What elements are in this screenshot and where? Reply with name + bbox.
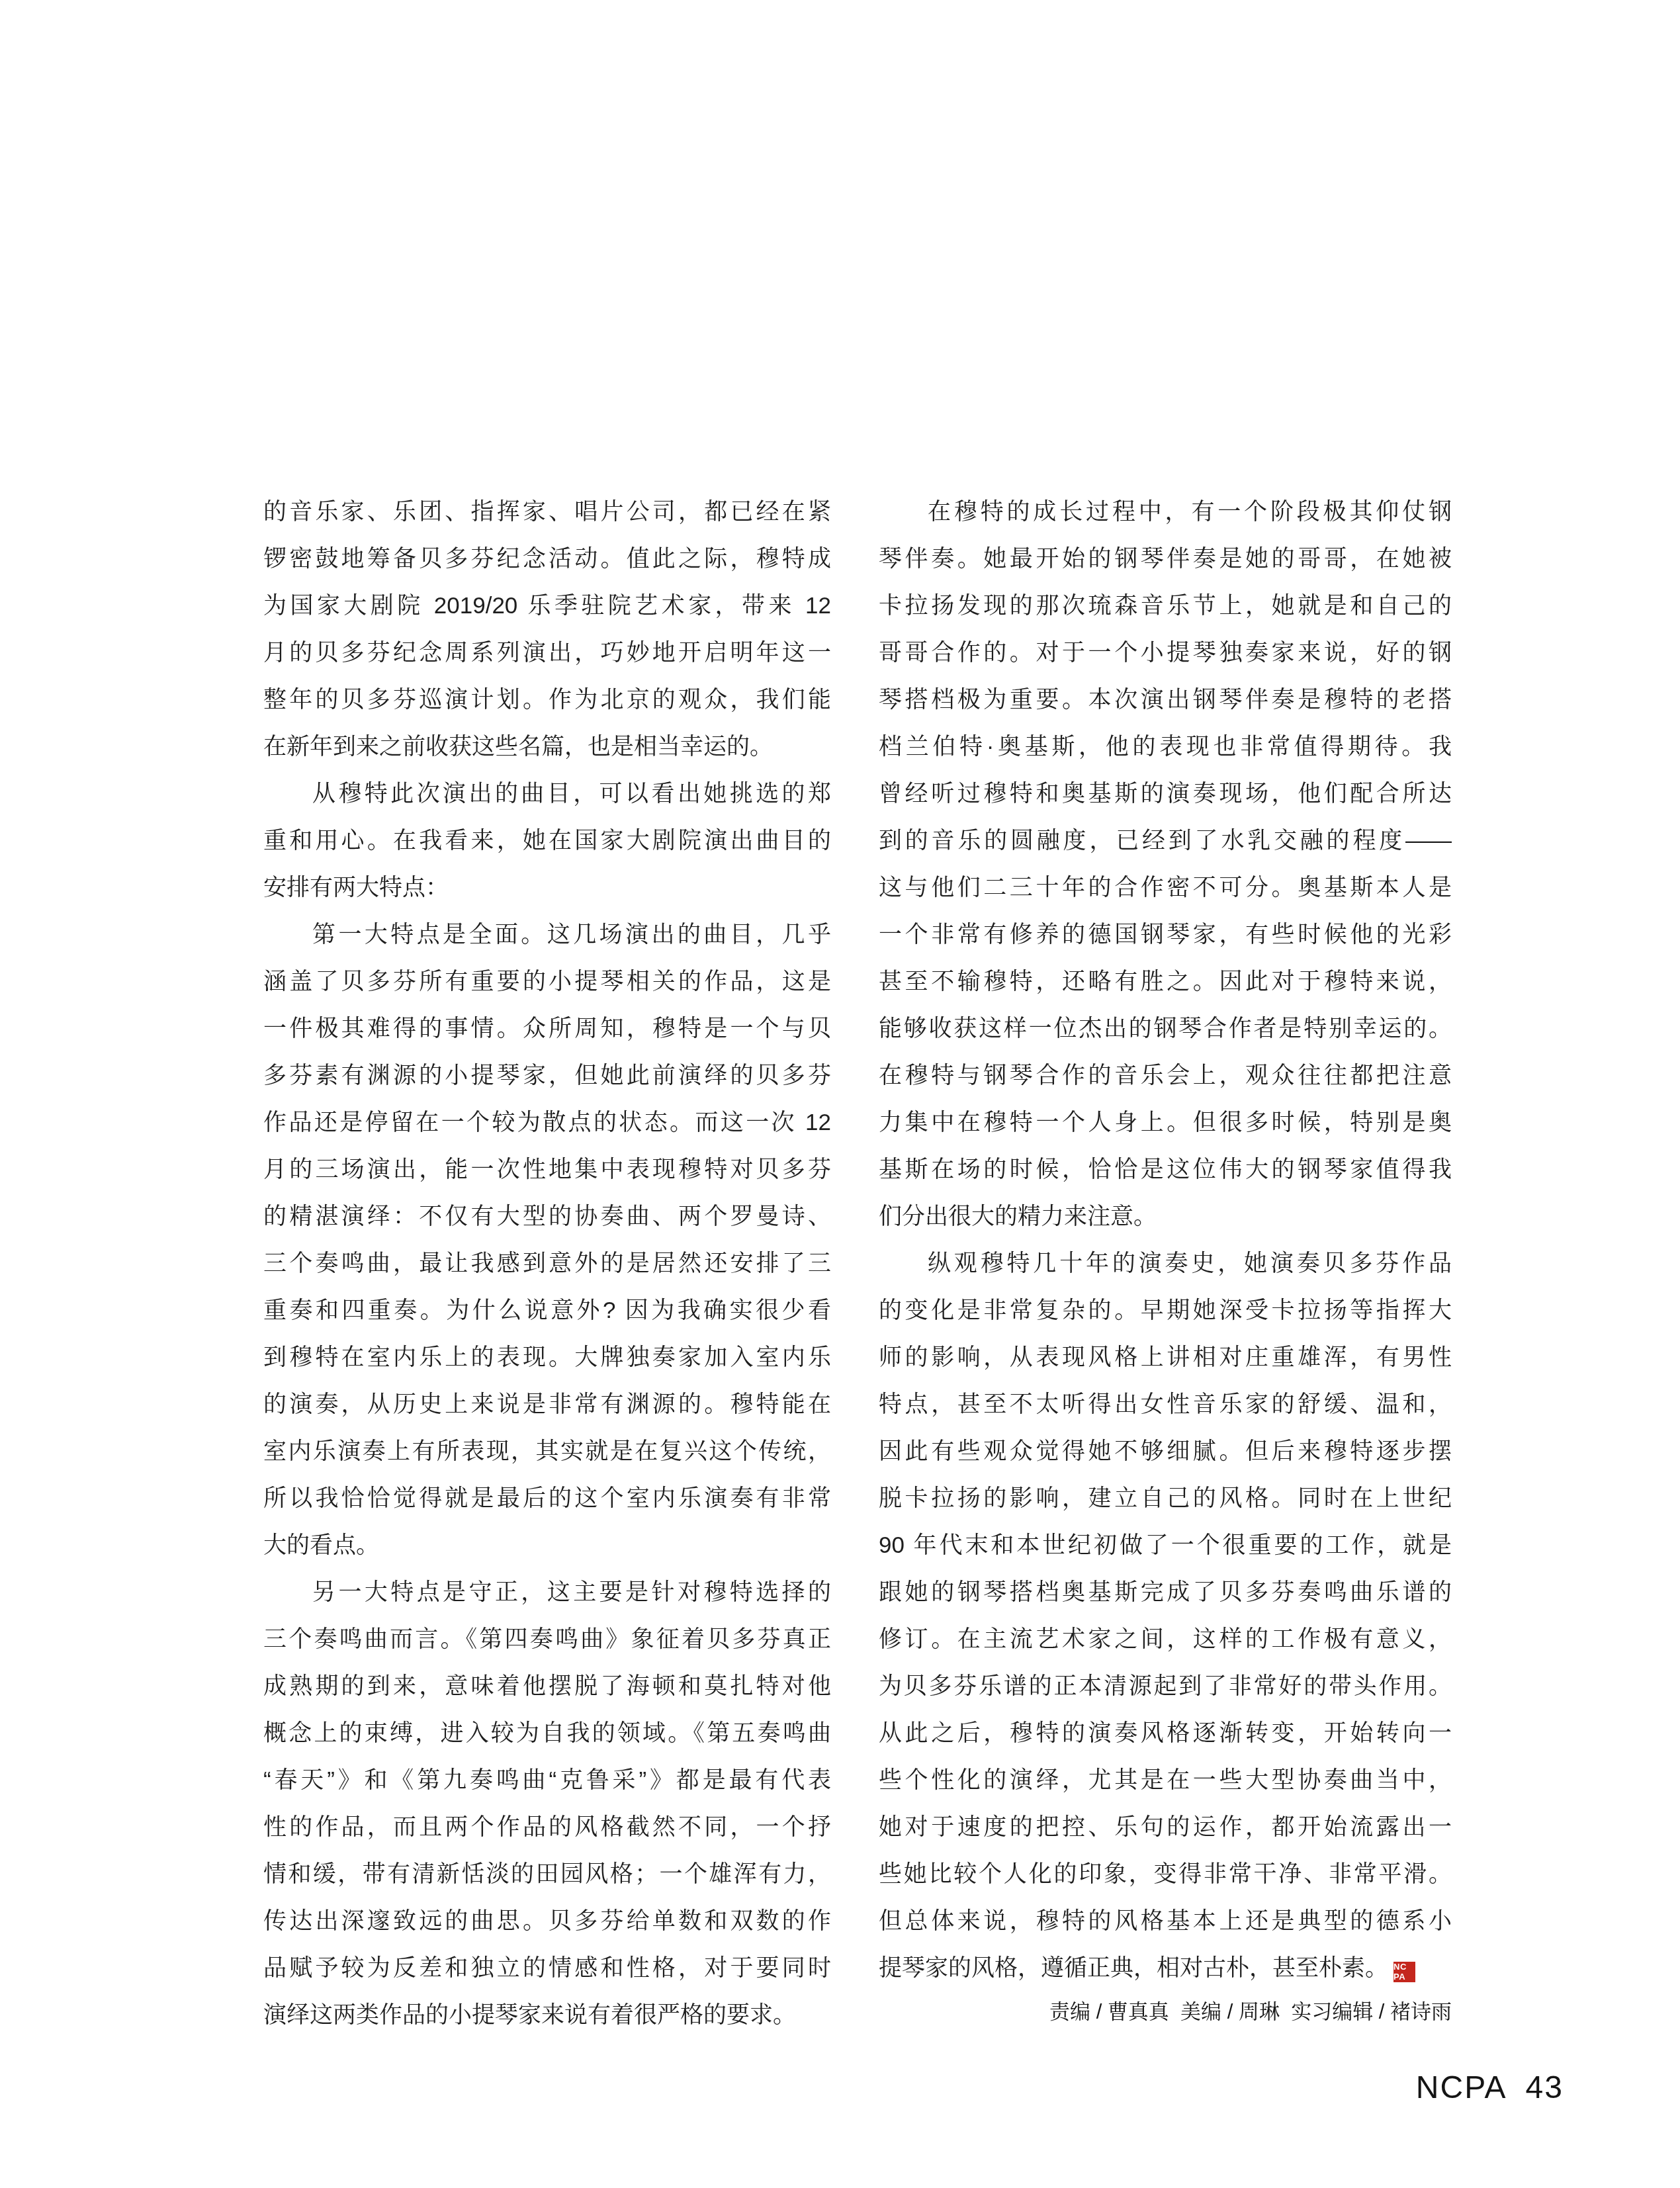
text-line: 传达出深邃致远的曲思。贝多芬给单数和双数的作 xyxy=(263,1898,831,1945)
text-line: 跟她的钢琴搭档奥基斯完成了贝多芬奏鸣曲乐谱的 xyxy=(879,1569,1452,1616)
footer-brand: NCPA xyxy=(1416,2070,1507,2105)
text-line: 另一大特点是守正，这主要是针对穆特选择的 xyxy=(263,1569,831,1616)
text-line: 力集中在穆特一个人身上。但很多时候，特别是奥 xyxy=(879,1099,1452,1146)
text-line: 90 年代末和本世纪初做了一个很重要的工作，就是 xyxy=(879,1522,1452,1569)
text-line: 的音乐家、乐团、指挥家、唱片公司，都已经在紧 xyxy=(263,488,831,535)
text-line: 性的作品，而且两个作品的风格截然不同，一个抒 xyxy=(263,1804,831,1851)
text-line: 们分出很大的精力来注意。 xyxy=(879,1193,1452,1240)
text-line: 一个非常有修养的德国钢琴家，有些时候他的光彩 xyxy=(879,911,1452,958)
text-line: 但总体来说，穆特的风格基本上还是典型的德系小 xyxy=(879,1898,1452,1945)
ncpa-end-mark-text: NC xyxy=(1393,1962,1415,1972)
text-line: 这与他们二三十年的合作密不可分。奥基斯本人是 xyxy=(879,864,1452,911)
footer-page-number: 43 xyxy=(1526,2070,1564,2105)
text-line: 曾经听过穆特和奥基斯的演奏现场，他们配合所达 xyxy=(879,770,1452,817)
text-line: 大的看点。 xyxy=(263,1522,831,1569)
text-line: 些个性化的演绎，尤其是在一些大型协奏曲当中， xyxy=(879,1757,1452,1804)
text-line: 的变化是非常复杂的。早期她深受卡拉扬等指挥大 xyxy=(879,1287,1452,1334)
text-line: 卡拉扬发现的那次琉森音乐节上，她就是和自己的 xyxy=(879,582,1452,629)
text-line: 档兰伯特·奥基斯，他的表现也非常值得期待。我 xyxy=(879,723,1452,770)
ncpa-end-mark: NCPA xyxy=(1393,1962,1415,1982)
text-line: 基斯在场的时候，恰恰是这位伟大的钢琴家值得我 xyxy=(879,1146,1452,1193)
text-line: 整年的贝多芬巡演计划。作为北京的观众，我们能 xyxy=(263,676,831,723)
text-line: 涵盖了贝多芬所有重要的小提琴相关的作品，这是 xyxy=(263,958,831,1005)
text-line: 室内乐演奏上有所表现，其实就是在复兴这个传统， xyxy=(263,1428,831,1475)
text-line: 纵观穆特几十年的演奏史，她演奏贝多芬作品 xyxy=(879,1240,1452,1287)
text-line: 的精湛演绎：不仅有大型的协奏曲、两个罗曼诗、 xyxy=(263,1193,831,1240)
text-line: 作品还是停留在一个较为散点的状态。而这一次 12 xyxy=(263,1099,831,1146)
text-line: 锣密鼓地筹备贝多芬纪念活动。值此之际，穆特成 xyxy=(263,535,831,582)
text-line: 多芬素有渊源的小提琴家，但她此前演绎的贝多芬 xyxy=(263,1052,831,1099)
text-line: 成熟期的到来，意味着他摆脱了海顿和莫扎特对他 xyxy=(263,1663,831,1710)
article-column-right: 在穆特的成长过程中，有一个阶段极其仰仗钢琴伴奏。她最开始的钢琴伴奏是她的哥哥，在… xyxy=(879,488,1452,1991)
text-line: 琴搭档极为重要。本次演出钢琴伴奏是穆特的老搭 xyxy=(879,676,1452,723)
text-line: 为国家大剧院 2019/20 乐季驻院艺术家，带来 12 xyxy=(263,582,831,629)
text-line: 在穆特的成长过程中，有一个阶段极其仰仗钢 xyxy=(879,488,1452,535)
text-line: 哥哥合作的。对于一个小提琴独奏家来说，好的钢 xyxy=(879,629,1452,676)
text-line: 师的影响，从表现风格上讲相对庄重雄浑，有男性 xyxy=(879,1334,1452,1381)
text-line: 第一大特点是全面。这几场演出的曲目，几乎 xyxy=(263,911,831,958)
text-line: 演绎这两类作品的小提琴家来说有着很严格的要求。 xyxy=(263,1991,831,2038)
text-line: 脱卡拉扬的影响，建立自己的风格。同时在上世纪 xyxy=(879,1475,1452,1522)
text-line: 概念上的束缚，进入较为自我的领域。《第五奏鸣曲 xyxy=(263,1710,831,1757)
text-line: 甚至不输穆特，还略有胜之。因此对于穆特来说， xyxy=(879,958,1452,1005)
text-line: 重和用心。在我看来，她在国家大剧院演出曲目的 xyxy=(263,817,831,864)
text-line: 情和缓，带有清新恬淡的田园风格；一个雄浑有力， xyxy=(263,1851,831,1898)
text-line: 从此之后，穆特的演奏风格逐渐转变，开始转向一 xyxy=(879,1710,1452,1757)
text-line: 重奏和四重奏。为什么说意外? 因为我确实很少看 xyxy=(263,1287,831,1334)
magazine-page: 的音乐家、乐团、指挥家、唱片公司，都已经在紧锣密鼓地筹备贝多芬纪念活动。值此之际… xyxy=(0,0,1680,2188)
text-line: 为贝多芬乐谱的正本清源起到了非常好的带头作用。 xyxy=(879,1663,1452,1710)
text-line: 三个奏鸣曲而言。《第四奏鸣曲》象征着贝多芬真正 xyxy=(263,1616,831,1663)
editor-credits: 责编 / 曹真真 美编 / 周琳 实习编辑 / 褚诗雨 xyxy=(879,1988,1452,2035)
text-line: 能够收获这样一位杰出的钢琴合作者是特别幸运的。 xyxy=(879,1005,1452,1052)
text-line: 提琴家的风格，遵循正典，相对古朴，甚至朴素。NCPA xyxy=(879,1945,1452,1991)
text-line: 所以我恰恰觉得就是最后的这个室内乐演奏有非常 xyxy=(263,1475,831,1522)
page-footer: NCPA43 xyxy=(1416,2070,1564,2107)
text-line: 从穆特此次演出的曲目，可以看出她挑选的郑 xyxy=(263,770,831,817)
text-line: 安排有两大特点： xyxy=(263,864,831,911)
text-line: 修订。在主流艺术家之间，这样的工作极有意义， xyxy=(879,1616,1452,1663)
text-line: 月的贝多芬纪念周系列演出，巧妙地开启明年这一 xyxy=(263,629,831,676)
text-line: 月的三场演出，能一次性地集中表现穆特对贝多芬 xyxy=(263,1146,831,1193)
text-line: 在穆特与钢琴合作的音乐会上，观众往往都把注意 xyxy=(879,1052,1452,1099)
article-column-left: 的音乐家、乐团、指挥家、唱片公司，都已经在紧锣密鼓地筹备贝多芬纪念活动。值此之际… xyxy=(263,488,831,2038)
text-line: 因此有些观众觉得她不够细腻。但后来穆特逐步摆 xyxy=(879,1428,1452,1475)
text-line: 在新年到来之前收获这些名篇，也是相当幸运的。 xyxy=(263,723,831,770)
ncpa-end-mark-text: PA xyxy=(1393,1972,1415,1982)
text-line: 三个奏鸣曲，最让我感到意外的是居然还安排了三 xyxy=(263,1240,831,1287)
text-line: 到穆特在室内乐上的表现。大牌独奏家加入室内乐 xyxy=(263,1334,831,1381)
text-line: 一件极其难得的事情。众所周知，穆特是一个与贝 xyxy=(263,1005,831,1052)
text-line: 品赋予较为反差和独立的情感和性格，对于要同时 xyxy=(263,1945,831,1991)
text-line: 的演奏，从历史上来说是非常有渊源的。穆特能在 xyxy=(263,1381,831,1428)
text-line: “春天”》和《第九奏鸣曲“克鲁采”》都是最有代表 xyxy=(263,1757,831,1804)
text-line: 到的音乐的圆融度，已经到了水乳交融的程度—— xyxy=(879,817,1452,864)
text-line: 些她比较个人化的印象，变得非常干净、非常平滑。 xyxy=(879,1851,1452,1898)
text-line: 琴伴奏。她最开始的钢琴伴奏是她的哥哥，在她被 xyxy=(879,535,1452,582)
text-line: 她对于速度的把控、乐句的运作，都开始流露出一 xyxy=(879,1804,1452,1851)
text-line: 特点，甚至不太听得出女性音乐家的舒缓、温和， xyxy=(879,1381,1452,1428)
